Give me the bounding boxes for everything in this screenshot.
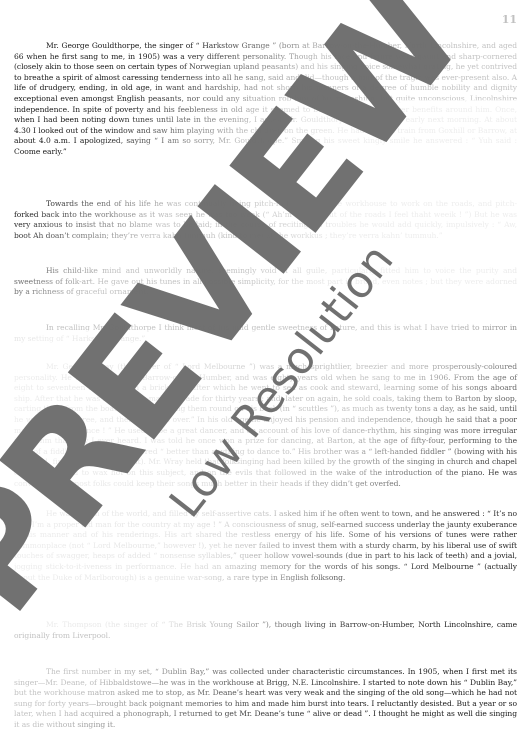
paragraph-harkstow-setting: In recalling Mr. Gouldthorpe I think mos…: [14, 323, 517, 344]
paragraph-dublin-bay: The first number in my set, “ Dublin Bay…: [14, 667, 517, 731]
paragraph-gouldthorpe-folk-art: His child-like mind and unworldly nature…: [14, 266, 517, 298]
paragraph-wray-character: He was a man of the world, and filled by…: [14, 509, 517, 583]
document-page: 11 Mr. George Gouldthorpe, the singer of…: [0, 0, 530, 750]
paragraph-george-wray: Mr. George Wray (the singer of “ Lord Me…: [14, 362, 517, 489]
paragraph-gouldthorpe-workhouse: Towards the end of his life he was conti…: [14, 199, 517, 241]
page-number: 11: [502, 13, 517, 26]
paragraph-gouldthorpe-intro: Mr. George Gouldthorpe, the singer of “ …: [14, 41, 517, 158]
paragraph-thompson: Mr. Thompson (the singer of “ The Brisk …: [14, 620, 517, 641]
